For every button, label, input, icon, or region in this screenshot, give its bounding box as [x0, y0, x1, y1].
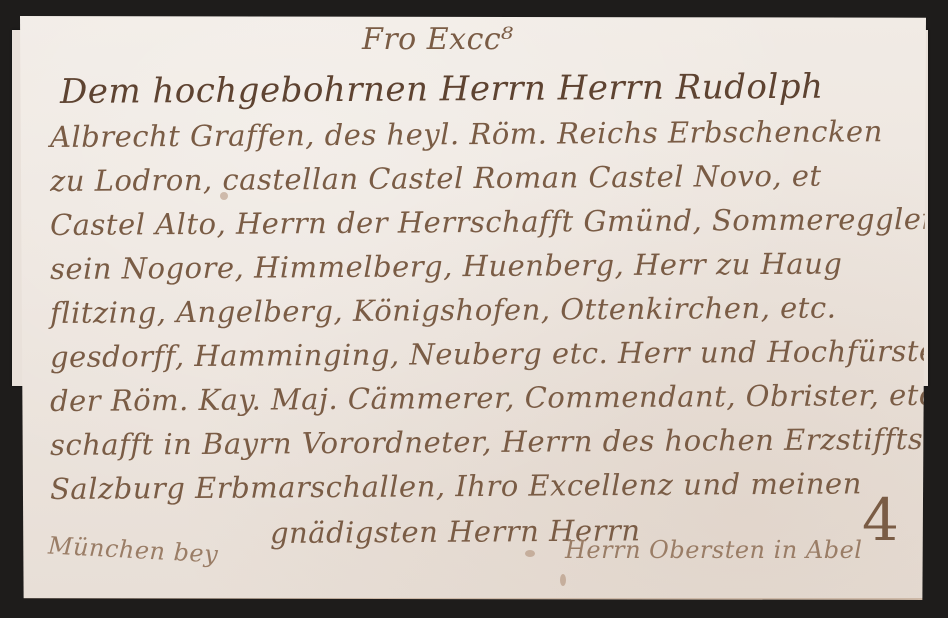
ink-stain — [220, 192, 228, 200]
ink-stain — [560, 574, 566, 586]
address-line-2: Albrecht Graffen, des heyl. Röm. Reichs … — [50, 114, 883, 154]
address-line-1: Dem hochgebohrnen Herrn Herrn Rudolph — [60, 67, 824, 112]
address-line-5: sein Nogore, Himmelberg, Huenberg, Herr … — [50, 246, 843, 286]
address-line-10: Salzburg Erbmarschallen, Ihro Excellenz … — [50, 466, 862, 506]
address-line-3: zu Lodron, castellan Castel Roman Castel… — [50, 159, 822, 198]
address-line-7: gesdorff, Hamminging, Neuberg etc. Herr … — [50, 334, 948, 374]
ink-stain — [525, 550, 535, 557]
closing-left: München bey — [47, 532, 219, 569]
address-line-6: flitzing, Angelberg, Königshofen, Ottenk… — [50, 291, 837, 330]
marginal-numeral: 4 — [862, 486, 899, 554]
address-line-8: der Röm. Kay. Maj. Cämmerer, Commendant,… — [50, 378, 946, 418]
letter-sheet: Fro Excc⁸ Dem hochgebohrnen Herrn Herrn … — [20, 16, 926, 600]
address-line-9: schafft in Bayrn Vorordneter, Herrn des … — [50, 422, 923, 462]
address-line-4: Castel Alto, Herrn der Herrschafft Gmünd… — [50, 201, 948, 242]
letter-heading: Fro Excc⁸ — [362, 22, 514, 57]
closing-right: Herrn Obersten in Abel — [565, 536, 862, 564]
photo-stage: Fro Excc⁸ Dem hochgebohrnen Herrn Herrn … — [0, 0, 948, 618]
